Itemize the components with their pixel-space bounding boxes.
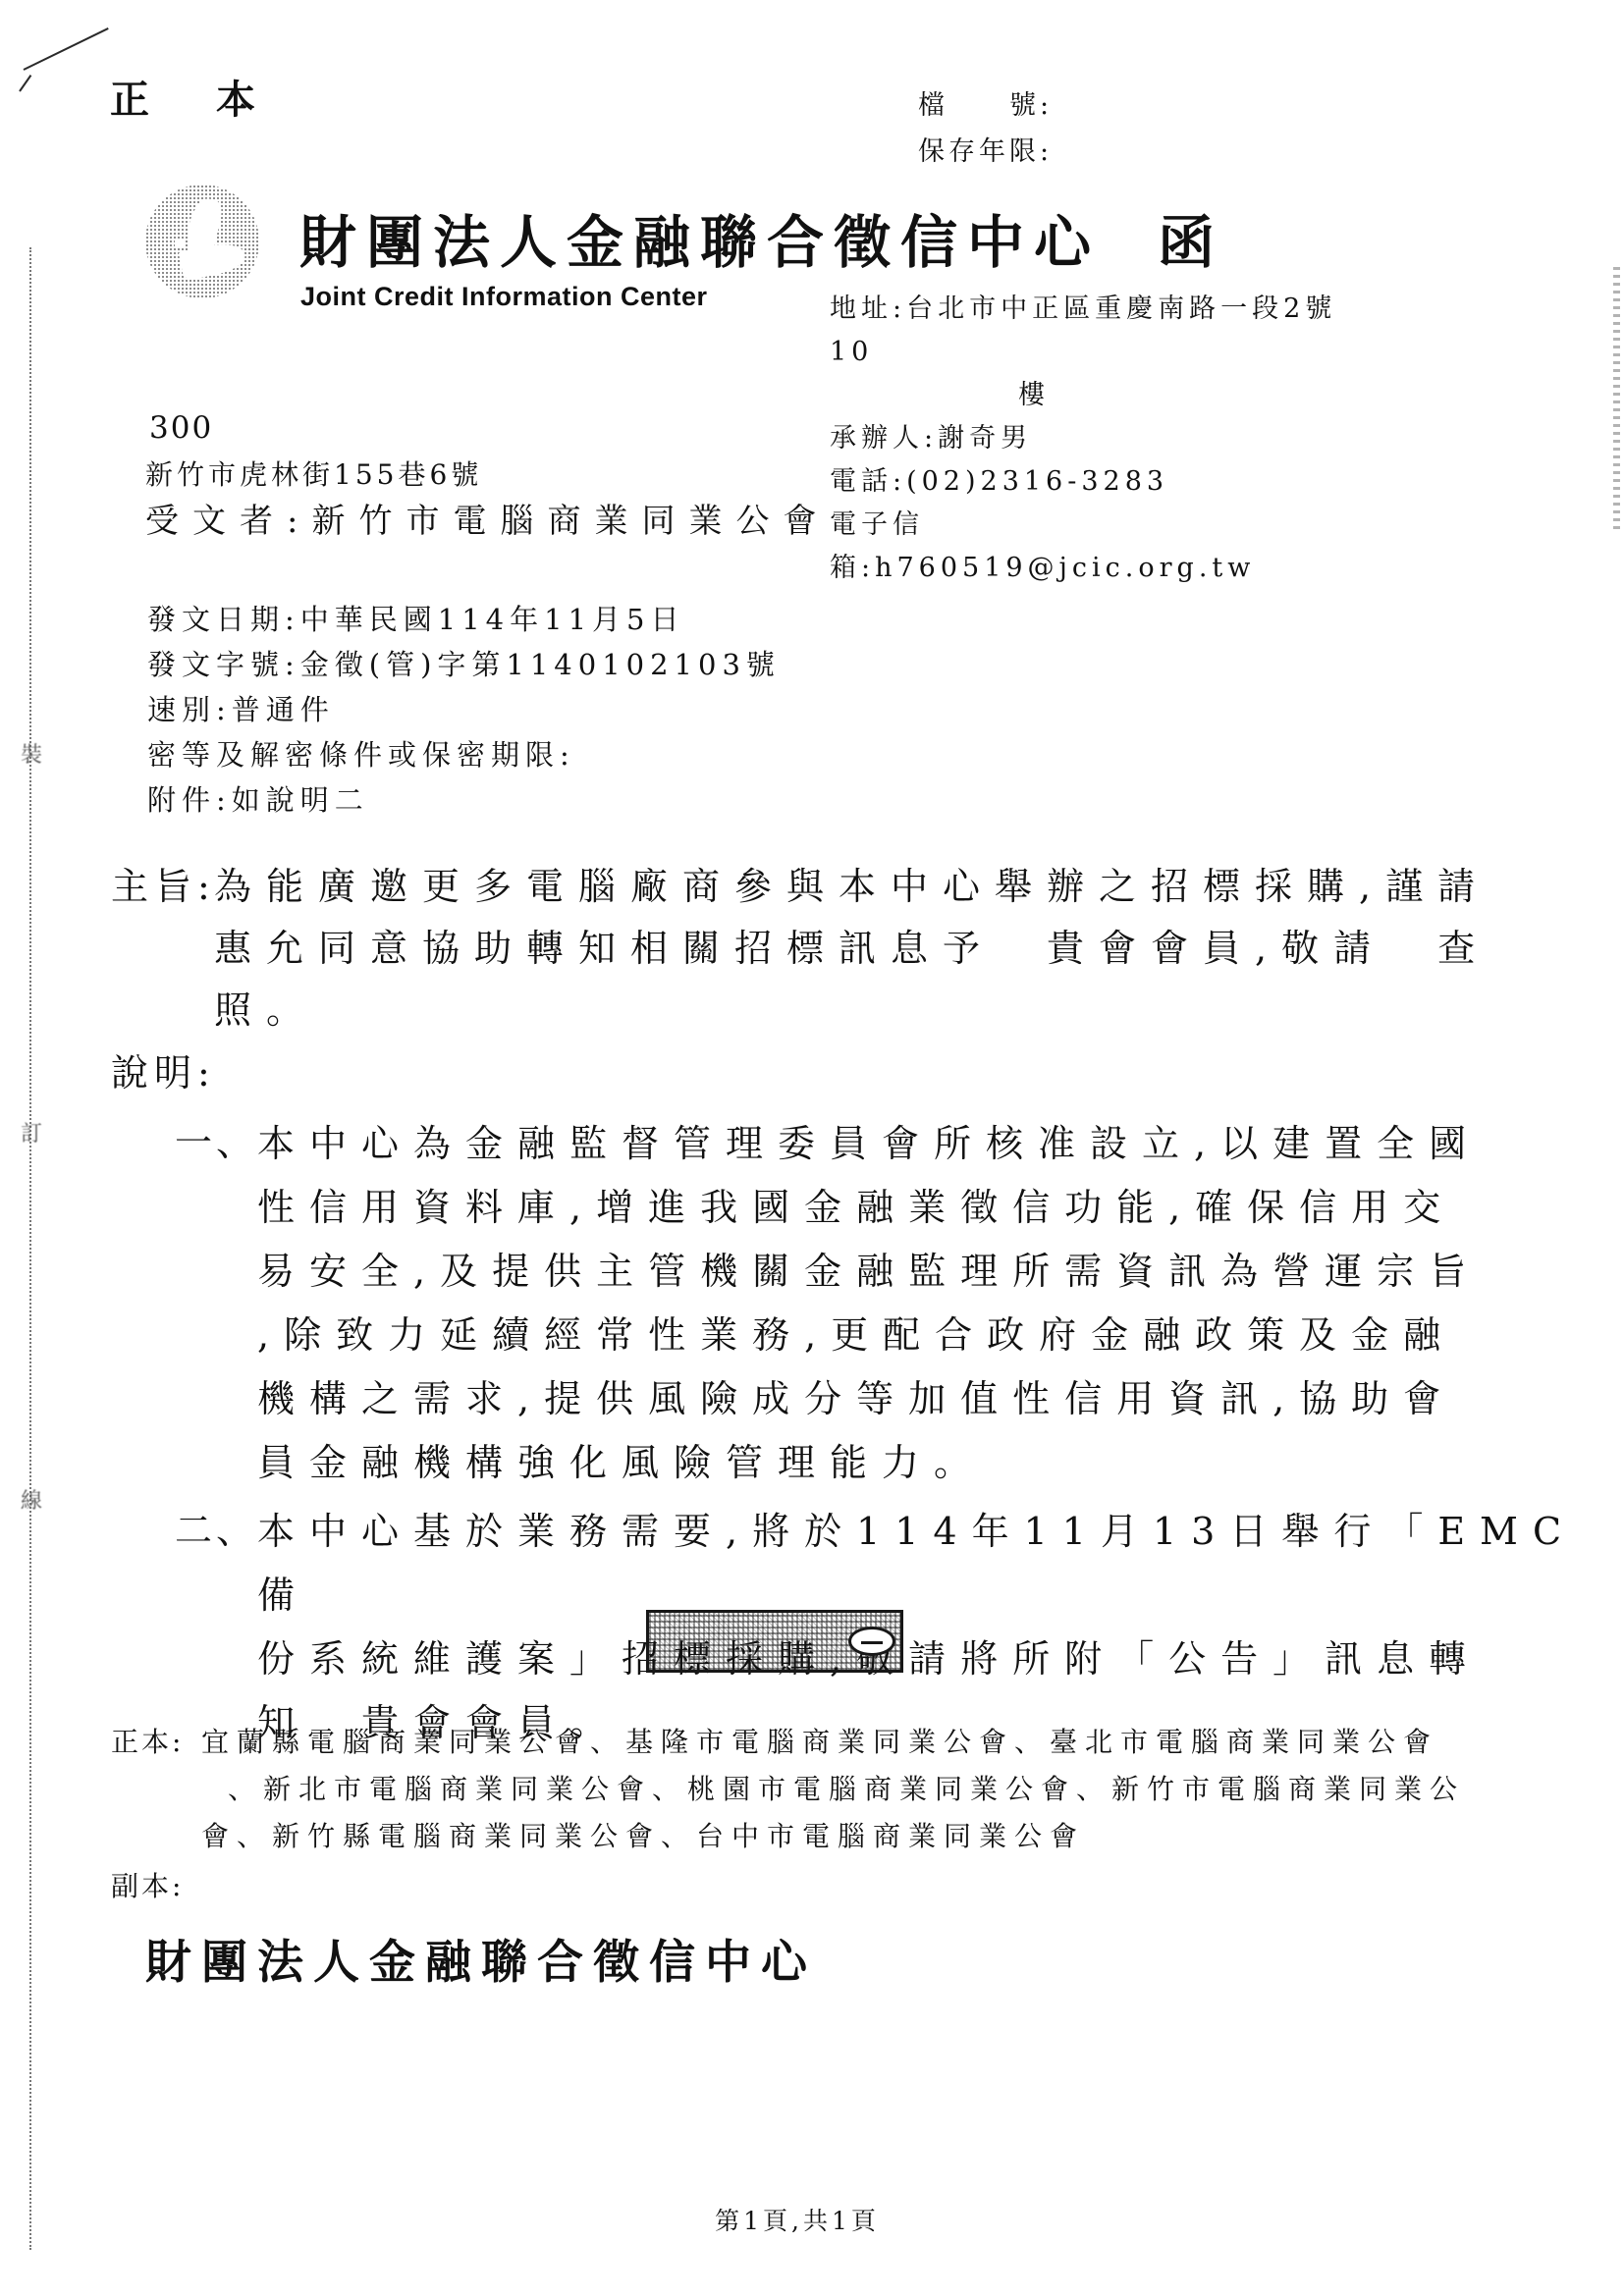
document-meta-block: 發文日期:中華民國114年11月5日 發文字號:金徵(管)字第114010210… — [147, 597, 781, 823]
item-line: 本中心基於業務需要,將於114年11月13日舉行「EMC備 — [257, 1500, 1624, 1628]
recipient-postal-code: 300 — [149, 410, 213, 446]
stamp-end-oval — [848, 1627, 895, 1656]
binding-mark-xian: 線 — [17, 1484, 46, 1515]
logo-dot — [189, 259, 197, 268]
carbon-copy-label: 副本: — [111, 1865, 184, 1904]
retention-period-label: 保存年限: — [918, 129, 1053, 175]
item-line: ,除致力延續經常性業務,更配合政府金融政策及金融 — [257, 1304, 1481, 1367]
contact-person-line: 承辦人:謝奇男 — [830, 417, 1340, 460]
file-reference-block: 檔 號: 保存年限: — [918, 82, 1053, 175]
priority-line: 速別:普通件 — [147, 687, 781, 732]
item-2-text: 本中心基於業務需要,將於114年11月13日舉行「EMC備 份系統維護案」招標採… — [257, 1500, 1624, 1755]
issue-date-line: 發文日期:中華民國114年11月5日 — [147, 597, 781, 642]
subject-line: 照。 — [214, 980, 1489, 1041]
phone-line: 電話:(02)2316-3283 — [830, 460, 1340, 504]
item-2-marker: 二、 — [175, 1500, 257, 1554]
attachment-line: 附件:如說明二 — [147, 777, 781, 823]
page-number-footer: 第1頁,共1頁 — [0, 2202, 1595, 2237]
subject-label: 主旨: — [111, 856, 216, 910]
subject-line: 惠允同意協助轉知相關招標訊息予 貴會會員,敬請 查 — [214, 918, 1489, 980]
scan-edge-artifact — [1613, 267, 1620, 532]
handwritten-check-mark-tick — [19, 75, 31, 92]
binding-mark-zhuang: 裝 — [17, 738, 46, 769]
original-copies-line: 會、新竹縣電腦商業同業公會、台中市電腦商業同業公會 — [201, 1815, 1085, 1854]
subject-line: 為能廣邀更多電腦廠商參與本中心舉辦之招標採購,謹請 — [214, 856, 1489, 918]
handwritten-check-mark — [24, 27, 109, 71]
document-type-label: 函 — [1158, 196, 1224, 279]
item-line: 份系統維護案」招標採購,敬請將所附「公告」訊息轉 — [257, 1628, 1624, 1691]
illegible-attachment-stamp-icon — [646, 1610, 903, 1673]
item-line: 員金融機構強化風險管理能力。 — [257, 1431, 1481, 1495]
binding-fold-dotted-line — [29, 247, 31, 2250]
file-number-label: 檔 號: — [918, 82, 1053, 129]
item-line: 性信用資料庫,增進我國金融業徵信功能,確保信用交 — [257, 1176, 1481, 1240]
item-line: 機構之需求,提供風險成分等加值性信用資訊,協助會 — [257, 1367, 1481, 1431]
organization-name-zh: 財團法人金融聯合徵信中心 — [299, 196, 1101, 279]
binding-mark-ding: 訂 — [17, 1117, 46, 1148]
address-line-wrap: 樓 — [830, 374, 1340, 417]
original-copies-label: 正本: — [111, 1721, 184, 1760]
reference-number-line: 發文字號:金徵(管)字第1140102103號 — [147, 642, 781, 687]
item-1-text: 本中心為金融監督管理委員會所核准設立,以建置全國 性信用資料庫,增進我國金融業徵… — [257, 1112, 1481, 1495]
logo-dot — [175, 240, 184, 248]
email-line: 電子信箱:h760519@jcic.org.tw — [830, 504, 1340, 590]
original-copies-line: 宜蘭縣電腦商業同業公會、基隆市電腦商業同業公會、臺北市電腦商業同業公會 — [201, 1721, 1438, 1760]
address-line: 地址:台北市中正區重慶南路一段2號10 — [830, 288, 1340, 374]
subject-text: 為能廣邀更多電腦廠商參與本中心舉辦之招標採購,謹請 惠允同意協助轉知相關招標訊息… — [214, 856, 1489, 1041]
description-label: 說明: — [111, 1042, 216, 1096]
contact-info-block: 地址:台北市中正區重慶南路一段2號10 樓 承辦人:謝奇男 電話:(02)231… — [830, 288, 1340, 590]
item-line: 本中心為金融監督管理委員會所核准設立,以建置全國 — [257, 1112, 1481, 1176]
organization-name-en: Joint Credit Information Center — [300, 282, 708, 312]
item-line: 易安全,及提供主管機關金融監理所需資訊為營運宗旨 — [257, 1240, 1481, 1304]
jcic-logo-icon — [145, 185, 259, 298]
copy-type-label: 正 本 — [110, 69, 269, 125]
recipient-address: 新竹市虎林街155巷6號 — [145, 454, 482, 493]
recipient-line: 受文者:新竹市電腦商業同業公會 — [145, 494, 830, 542]
original-copies-line: 、新北市電腦商業同業公會、桃園市電腦商業同業公會、新竹市電腦商業同業公 — [228, 1768, 1465, 1807]
classification-line: 密等及解密條件或保密期限: — [147, 732, 781, 777]
issuer-signature: 財團法人金融聯合徵信中心 — [145, 1926, 817, 1992]
item-1-marker: 一、 — [175, 1112, 257, 1166]
scanned-official-letter: 正 本 檔 號: 保存年限: 財團法人金融聯合徵信中心 函 Joint Cred… — [0, 0, 1624, 2296]
organization-title: 財團法人金融聯合徵信中心 函 — [299, 196, 1224, 279]
